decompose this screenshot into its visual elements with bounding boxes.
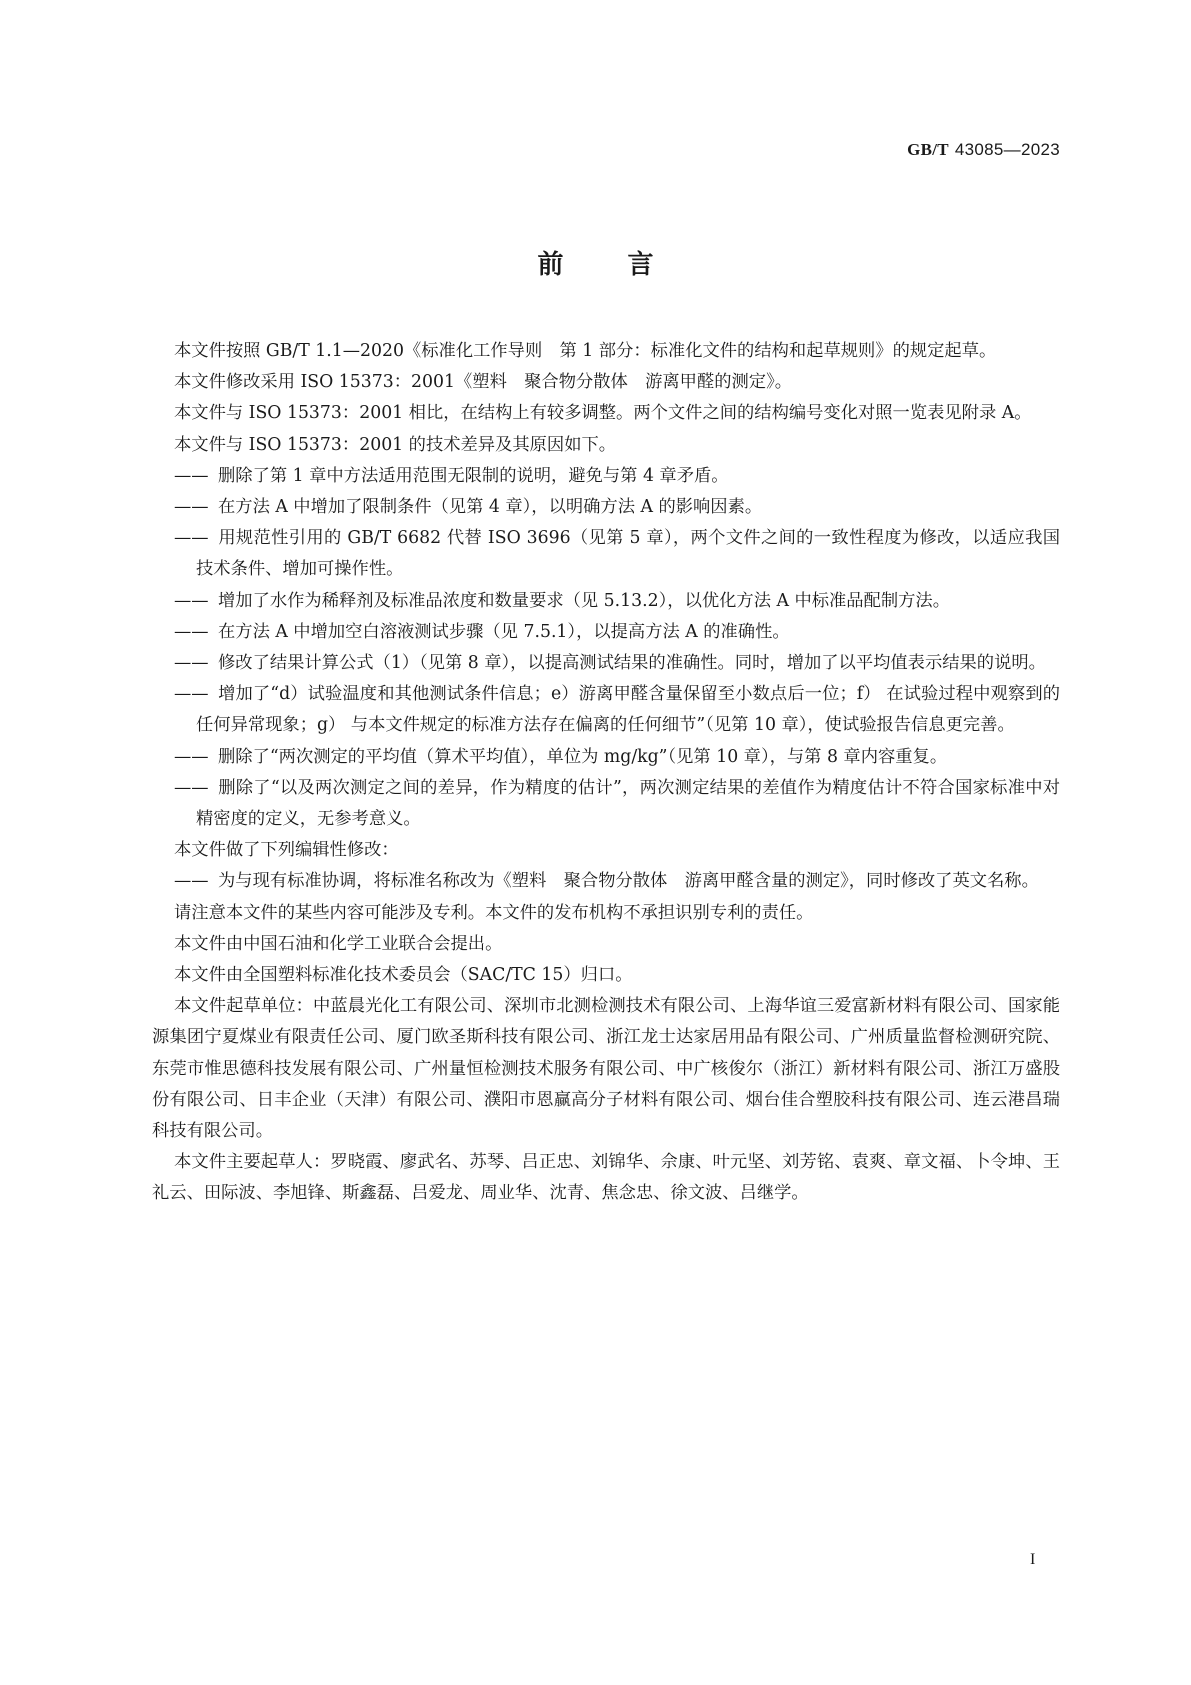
foreword-body: 本文件按照 GB/T 1.1—2020《标准化工作导则 第 1 部分：标准化文件… <box>152 336 1060 1210</box>
list-item: ——删除了“以及两次测定之间的差异，作为精度的估计”，两次测定结果的差值作为精度… <box>152 773 1060 835</box>
dash-mark: —— <box>174 679 218 710</box>
list-item: ——增加了水作为稀释剂及标准品浓度和数量要求（见 5.13.2），以优化方法 A… <box>152 586 1060 617</box>
dash-mark: —— <box>174 523 218 554</box>
title-char-2: 言 <box>628 244 654 281</box>
list-item: ——删除了第 1 章中方法适用范围无限制的说明，避免与第 4 章矛盾。 <box>152 461 1060 492</box>
dash-mark: —— <box>174 492 218 523</box>
document-header: GB/T43085—2023 <box>907 140 1060 160</box>
list-item: ——用规范性引用的 GB/T 6682 代替 ISO 3696（见第 5 章），… <box>152 523 1060 585</box>
list-item: ——在方法 A 中增加了限制条件（见第 4 章），以明确方法 A 的影响因素。 <box>152 492 1060 523</box>
page-title: 前言 <box>0 244 1191 281</box>
paragraph-proposer: 本文件由中国石油和化学工业联合会提出。 <box>152 929 1060 960</box>
page-number: I <box>1030 1551 1035 1569</box>
dash-mark: —— <box>174 648 218 679</box>
dash-mark: —— <box>174 461 218 492</box>
dash-mark: —— <box>174 742 218 773</box>
paragraph-structure-changes: 本文件与 ISO 15373：2001 相比，在结构上有较多调整。两个文件之间的… <box>152 398 1060 429</box>
list-item: ——在方法 A 中增加空白溶液测试步骤（见 7.5.1），以提高方法 A 的准确… <box>152 617 1060 648</box>
list-item: ——增加了“d）试验温度和其他测试条件信息；e）游离甲醛含量保留至小数点后一位；… <box>152 679 1060 741</box>
standard-number: 43085—2023 <box>955 140 1060 159</box>
dash-mark: —— <box>174 773 218 804</box>
paragraph-editorial-intro: 本文件做了下列编辑性修改： <box>152 835 1060 866</box>
title-char-1: 前 <box>537 244 563 281</box>
list-item: ——为与现有标准协调，将标准名称改为《塑料 聚合物分散体 游离甲醛含量的测定》，… <box>152 866 1060 897</box>
list-item: ——修改了结果计算公式（1）（见第 8 章），以提高测试结果的准确性。同时，增加… <box>152 648 1060 679</box>
paragraph-drafters: 本文件主要起草人：罗晓霞、廖武名、苏琴、吕正忠、刘锦华、佘康、叶元坚、刘芳铭、袁… <box>152 1147 1060 1209</box>
paragraph-technical-diff-intro: 本文件与 ISO 15373：2001 的技术差异及其原因如下。 <box>152 430 1060 461</box>
standard-prefix: GB/T <box>907 140 949 159</box>
paragraph-drafting-units: 本文件起草单位：中蓝晨光化工有限公司、深圳市北测检测技术有限公司、上海华谊三爱富… <box>152 991 1060 1147</box>
dash-mark: —— <box>174 617 218 648</box>
paragraph-drafting-rules: 本文件按照 GB/T 1.1—2020《标准化工作导则 第 1 部分：标准化文件… <box>152 336 1060 367</box>
paragraph-adoption: 本文件修改采用 ISO 15373：2001《塑料 聚合物分散体 游离甲醛的测定… <box>152 367 1060 398</box>
paragraph-patent-notice: 请注意本文件的某些内容可能涉及专利。本文件的发布机构不承担识别专利的责任。 <box>152 898 1060 929</box>
list-item: ——删除了“两次测定的平均值（算术平均值），单位为 mg/kg”（见第 10 章… <box>152 742 1060 773</box>
dash-mark: —— <box>174 586 218 617</box>
paragraph-committee: 本文件由全国塑料标准化技术委员会（SAC/TC 15）归口。 <box>152 960 1060 991</box>
dash-mark: —— <box>174 866 218 897</box>
